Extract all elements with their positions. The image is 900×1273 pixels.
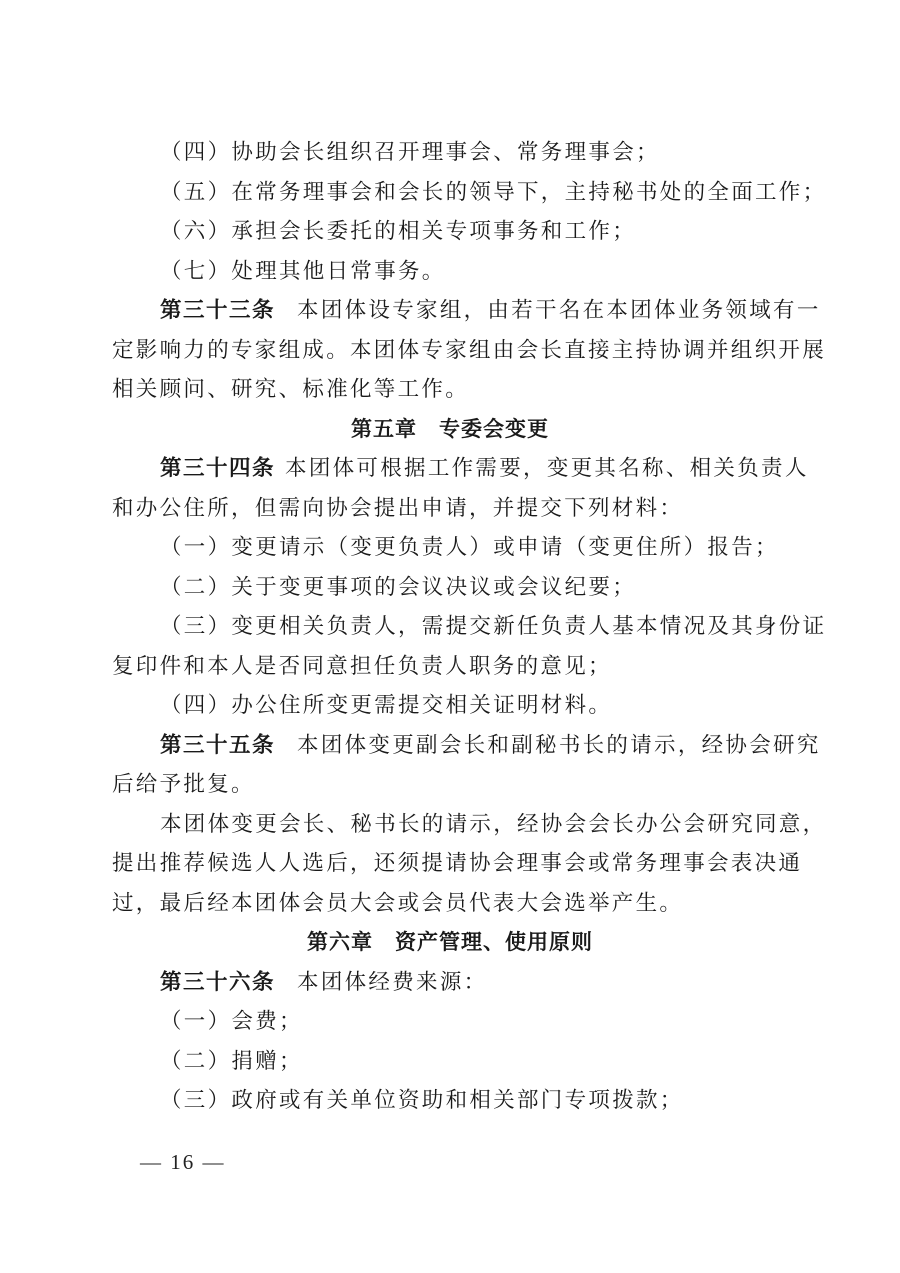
article-36: 第三十六条本团体经费来源： — [112, 963, 788, 1003]
page-number: — 16 — — [140, 1150, 226, 1175]
article-label: 第三十四条 — [160, 456, 275, 481]
paragraph-line: 过，最后经本团体会员大会或会员代表大会选举产生。 — [112, 884, 788, 924]
article-text: 本团体可根据工作需要，变更其名称、相关负责人 — [285, 456, 809, 481]
article-34: 第三十四条本团体可根据工作需要，变更其名称、相关负责人 — [112, 449, 788, 489]
list-item: （三）变更相关负责人，需提交新任负责人基本情况及其身份证 — [112, 607, 788, 647]
list-item: （一）变更请示（变更负责人）或申请（变更住所）报告； — [112, 528, 788, 568]
article-text: 本团体变更副会长和副秘书长的请示，经协会研究 — [297, 733, 821, 758]
paragraph-line: 本团体变更会长、秘书长的请示，经协会会长办公会研究同意， — [112, 805, 788, 845]
document-page: （四）协助会长组织召开理事会、常务理事会； （五）在常务理事会和会长的领导下，主… — [112, 133, 788, 1121]
list-item: （一）会费； — [112, 1002, 788, 1042]
list-item: （四）办公住所变更需提交相关证明材料。 — [112, 686, 788, 726]
list-item: （七）处理其他日常事务。 — [112, 252, 788, 292]
article-label: 第三十五条 — [160, 733, 275, 758]
list-item: （三）政府或有关单位资助和相关部门专项拨款； — [112, 1081, 788, 1121]
paragraph-line: 相关顾问、研究、标准化等工作。 — [112, 370, 788, 410]
article-35: 第三十五条本团体变更副会长和副秘书长的请示，经协会研究 — [112, 726, 788, 766]
paragraph-line: 复印件和本人是否同意担任负责人职务的意见； — [112, 647, 788, 687]
article-text: 本团体设专家组，由若干名在本团体业务领域有一 — [297, 298, 821, 323]
list-item: （二）关于变更事项的会议决议或会议纪要； — [112, 568, 788, 608]
article-33: 第三十三条本团体设专家组，由若干名在本团体业务领域有一 — [112, 291, 788, 331]
paragraph-line: 和办公住所，但需向协会提出申请，并提交下列材料： — [112, 489, 788, 529]
list-item: （六）承担会长委托的相关专项事务和工作； — [112, 212, 788, 252]
paragraph-line: 定影响力的专家组成。本团体专家组由会长直接主持协调并组织开展 — [112, 331, 788, 371]
article-label: 第三十三条 — [160, 298, 275, 323]
article-text: 本团体经费来源： — [297, 970, 487, 995]
list-item: （四）协助会长组织召开理事会、常务理事会； — [112, 133, 788, 173]
list-item: （二）捐赠； — [112, 1042, 788, 1082]
article-label: 第三十六条 — [160, 970, 275, 995]
chapter-heading: 第六章 资产管理、使用原则 — [112, 923, 788, 963]
paragraph-line: 后给予批复。 — [112, 765, 788, 805]
list-item: （五）在常务理事会和会长的领导下，主持秘书处的全面工作； — [112, 173, 788, 213]
paragraph-line: 提出推荐候选人人选后，还须提请协会理事会或常务理事会表决通 — [112, 844, 788, 884]
chapter-heading: 第五章 专委会变更 — [112, 410, 788, 450]
